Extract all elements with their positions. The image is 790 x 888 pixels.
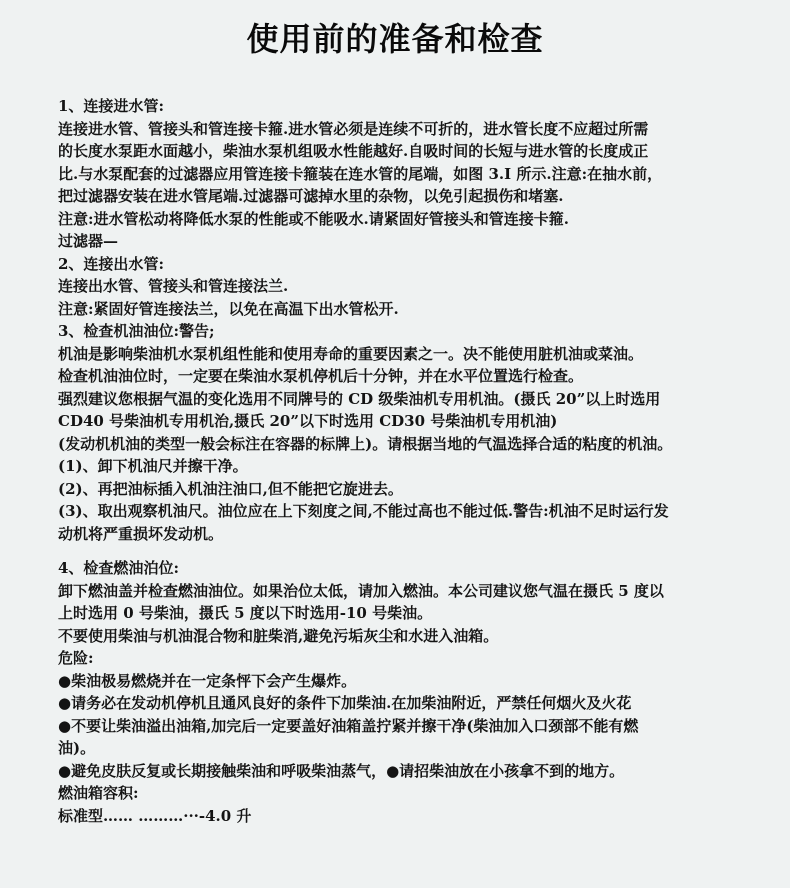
section-connect-outlet-pipe: 2、连接出水管: 连接出水管、管接头和管连接法兰. 注意:紧固好管连接法兰，以免… xyxy=(58,253,778,321)
paragraph-line: 机油是影响柴油机水泵机组性能和使用寿命的重要因素之一。决不能使用脏机油或菜油。 xyxy=(58,343,778,366)
document-body: 1、连接进水管: 连接进水管、管接头和管连接卡箍.进水管必须是连续不可折的，进水… xyxy=(58,95,778,827)
section-heading: 1、连接进水管: xyxy=(58,95,778,118)
danger-bullet: ●不要让柴油溢出油箱,加完后一定要盖好油箱盖拧紧并擦干净(柴油加入口颈部不能有燃 xyxy=(58,715,778,738)
section-connect-inlet-pipe: 1、连接进水管: 连接进水管、管接头和管连接卡箍.进水管必须是连续不可折的，进水… xyxy=(58,95,778,253)
danger-bullet: ●避免皮肤反复或长期接触柴油和呼吸柴油蒸气，●请招柴油放在小孩拿不到的地方。 xyxy=(58,760,778,783)
danger-bullet: ●柴油极易燃烧并在一定条怦下会产生爆炸。 xyxy=(58,670,778,693)
section-heading: 2、连接出水管: xyxy=(58,253,778,276)
paragraph-line: 把过滤器安装在进水管尾端.过滤器可滤掉水里的杂物，以免引起损伤和堵塞. xyxy=(58,185,778,208)
paragraph-line: 的长度水泵距水面越小，柴油水泵机组吸水性能越好.自吸时间的长短与进水管的长度成正 xyxy=(58,140,778,163)
step-line: (3)、取出观察机油尺。油位应在上下刻度之间,不能过高也不能过低.警告:机油不足… xyxy=(58,500,778,523)
section-check-oil-level: 3、检查机油油位:警告; 机油是影响柴油机水泵机组性能和使用寿命的重要因素之一。… xyxy=(58,320,778,545)
paragraph-line: 连接进水管、管接头和管连接卡箍.进水管必须是连续不可折的，进水管长度不应超过所需 xyxy=(58,118,778,141)
filter-label: 过滤器— xyxy=(58,230,778,253)
danger-bullet: ●请务必在发动机停机且通风良好的条件下加柴油.在加柴油附近，严禁任何烟火及火花 xyxy=(58,692,778,715)
danger-bullet-continuation: 油)。 xyxy=(58,737,778,760)
paragraph-line: 比.与水泵配套的过滤器应用管连接卡箍装在连水管的尾端，如图 3.I 所示.注意:… xyxy=(58,163,778,186)
danger-label: 危险: xyxy=(58,647,778,670)
paragraph-line: 强烈建议您根据气温的变化选用不同牌号的 CD 级柴油机专用机油。(摄氏 20”以… xyxy=(58,388,778,411)
section-check-fuel-level: 4、检查燃油泊位: 卸下燃油盖并检查燃油油位。如果治位太低，请加入燃油。本公司建… xyxy=(58,557,778,827)
paragraph-line: 连接出水管、管接头和管连接法兰. xyxy=(58,275,778,298)
paragraph-line: 上时选用 0 号柴油，摄氏 5 度以下时选用-10 号柴油。 xyxy=(58,602,778,625)
paragraph-line: CD40 号柴油机专用机治,摄氏 20”以下时选用 CD30 号柴油机专用机油) xyxy=(58,410,778,433)
note-line: 注意:紧固好管连接法兰，以免在高温下出水管松开. xyxy=(58,298,778,321)
step-line: 动机将严重损坏发动机。 xyxy=(58,523,778,546)
paragraph-line: 检查机油油位时，一定要在柴油水泵机停机后十分钟，并在水平位置选行检查。 xyxy=(58,365,778,388)
paragraph-line: 卸下燃油盖并检查燃油油位。如果治位太低，请加入燃油。本公司建议您气温在摄氏 5 … xyxy=(58,580,778,603)
paragraph-line: 不要使用柴油与机油混合物和脏柴消,避免污垢灰尘和水进入油箱。 xyxy=(58,625,778,648)
fuel-tank-capacity-value: 标准型…… ………···-4.0 升 xyxy=(58,805,778,828)
page-title: 使用前的准备和检查 xyxy=(0,14,790,60)
section-spacer xyxy=(58,545,778,557)
paragraph-line: (发动机机油的类型一般会标注在容器的标牌上)。请根据当地的气温选择合适的粘度的机… xyxy=(58,433,778,456)
step-line: (1)、卸下机油尺并擦干净。 xyxy=(58,455,778,478)
fuel-tank-capacity-label: 燃油箱容积: xyxy=(58,782,778,805)
step-line: (2)、再把油标插入机油注油口,但不能把它旋进去。 xyxy=(58,478,778,501)
note-line: 注意:进水管松动将降低水泵的性能或不能吸水.请紧固好管接头和管连接卡箍. xyxy=(58,208,778,231)
section-heading: 4、检查燃油泊位: xyxy=(58,557,778,580)
section-heading: 3、检查机油油位:警告; xyxy=(58,320,778,343)
